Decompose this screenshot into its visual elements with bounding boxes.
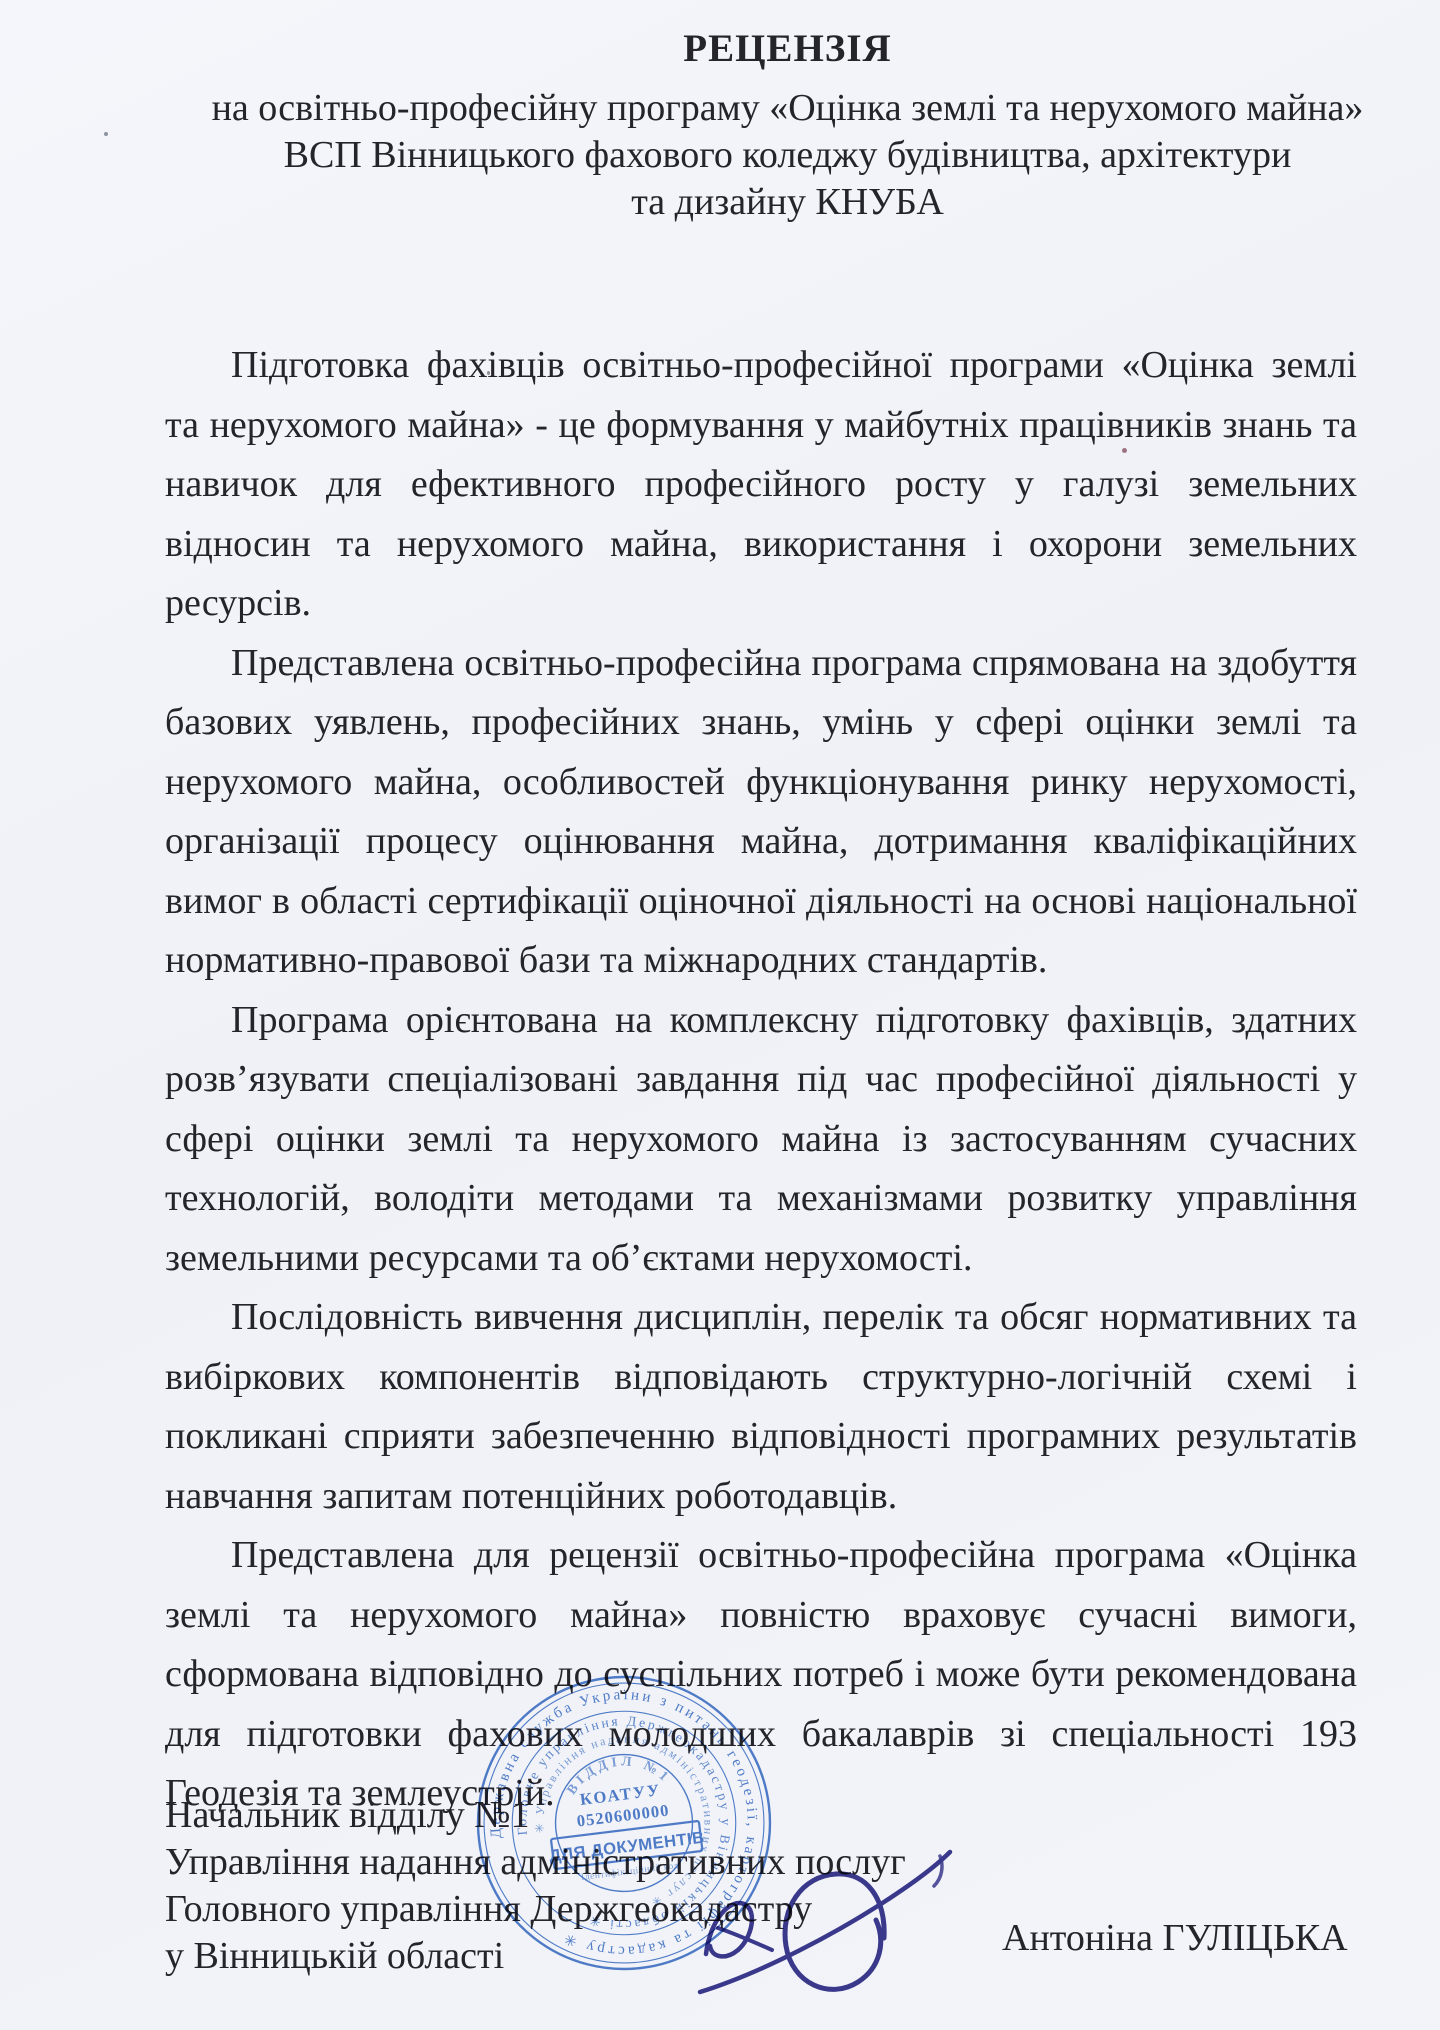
document-heading: РЕЦЕНЗІЯ на освітньо-професійну програму…: [170, 26, 1405, 226]
scanned-review-document: РЕЦЕНЗІЯ на освітньо-професійну програму…: [0, 0, 1440, 2030]
signature-ink: [688, 1842, 998, 2022]
scan-speck: [104, 132, 108, 136]
subtitle-line-1: на освітньо-професійну програму «Оцінка …: [170, 85, 1405, 132]
document-body: Підготовка фахівців освітньо-професійної…: [165, 336, 1357, 1824]
scan-speck: [1122, 448, 1127, 453]
subtitle-line-3: та дизайну КНУБА: [170, 179, 1405, 226]
document-title: РЕЦЕНЗІЯ: [170, 26, 1405, 71]
subtitle-line-2: ВСП Вінницького фахового коледжу будівни…: [170, 132, 1405, 179]
signer-name: Антоніна ГУЛІЦЬКА: [1002, 1916, 1348, 1960]
paragraph-1: Підготовка фахівців освітньо-професійної…: [165, 336, 1357, 634]
paragraph-2: Представлена освітньо-професійна програм…: [165, 634, 1357, 991]
scan-speck: [487, 371, 490, 375]
paragraph-4: Послідовність вивчення дисциплін, перелі…: [165, 1288, 1357, 1526]
paragraph-3: Програма орієнтована на комплексну підго…: [165, 991, 1357, 1289]
